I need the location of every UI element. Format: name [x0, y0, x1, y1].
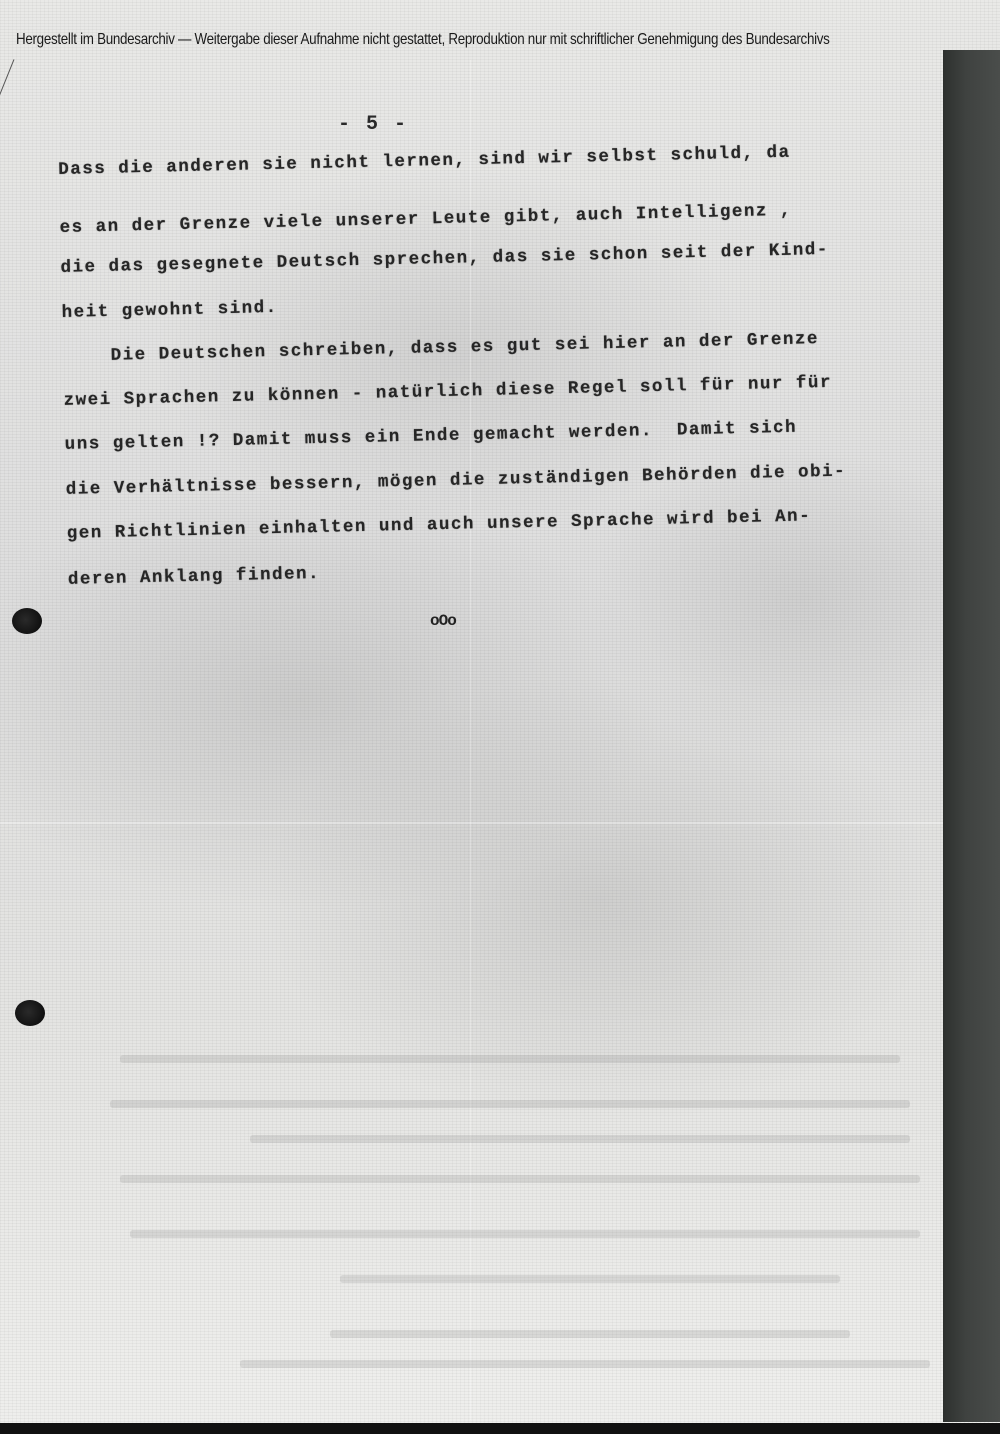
- text-line: es an der Grenze viele unserer Leute gib…: [59, 201, 792, 238]
- scan-edge-shadow: [943, 50, 1000, 1422]
- typewritten-body: Dass die anderen sie nicht lernen, sind …: [58, 140, 908, 160]
- page-number: - 5 -: [338, 113, 408, 136]
- fold-line-horizontal: [0, 822, 943, 824]
- bleed-through: [120, 1175, 920, 1183]
- punch-hole: [12, 608, 42, 634]
- bleed-through: [110, 1100, 910, 1108]
- scan-bottom-edge: [0, 1423, 1000, 1434]
- text-line: heit gewohnt sind.: [61, 298, 278, 323]
- bleed-through: [240, 1360, 930, 1368]
- text-line: deren Anklang finden.: [68, 564, 321, 590]
- archive-stamp: Hergestellt im Bundesarchiv — Weitergabe…: [16, 30, 976, 47]
- text-line: Die Deutschen schreiben, dass es gut sei…: [62, 329, 819, 367]
- text-line: die das gesegnete Deutsch sprechen, das …: [60, 240, 829, 278]
- corner-mark: [0, 59, 14, 96]
- end-mark: oOo: [430, 612, 456, 630]
- text-line: gen Richtlinien einhalten und auch unser…: [67, 506, 812, 544]
- punch-hole: [15, 1000, 45, 1026]
- text-line: Dass die anderen sie nicht lernen, sind …: [58, 143, 791, 180]
- scanned-page: Hergestellt im Bundesarchiv — Weitergabe…: [0, 0, 1000, 1434]
- bleed-through: [340, 1275, 840, 1283]
- bleed-through: [250, 1135, 910, 1143]
- text-line: uns gelten !? Damit muss ein Ende gemach…: [64, 418, 797, 455]
- text-line: zwei Sprachen zu können - natürlich dies…: [63, 373, 832, 411]
- text-line: die Verhältnisse bessern, mögen die zust…: [66, 462, 847, 500]
- bleed-through: [120, 1055, 900, 1063]
- bleed-through: [130, 1230, 920, 1238]
- bleed-through: [330, 1330, 850, 1338]
